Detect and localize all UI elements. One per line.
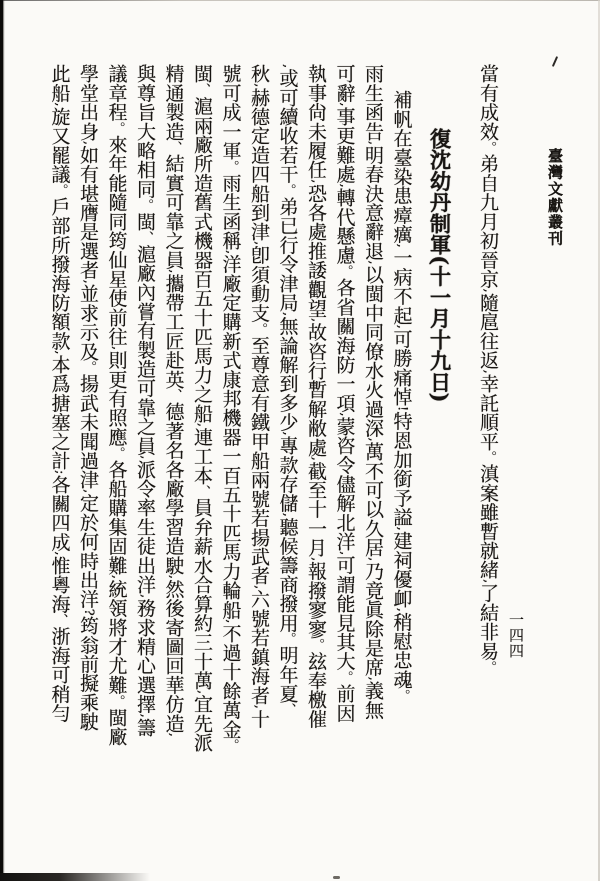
text-column: ,或可續收若干。弟已行令津局,無論解到多少,專款存儲,聽候籌商撥用。明年夏、 bbox=[273, 64, 302, 881]
scan-edge-top bbox=[0, 0, 600, 1]
text-column: 號可成一軍。雨生函稱,洋廠定購新式康邦機器一百五十匹馬力輪船,不過十餘萬金。 bbox=[216, 64, 245, 881]
heading-column: 復沈幼丹制軍(十一月十九日) bbox=[425, 64, 455, 881]
text-column: 學堂出身,如有堪膺是選者,並求示及。揚武未聞過津,定於何時出洋?筠翁前擬乘駛 bbox=[74, 64, 103, 881]
scan-speck bbox=[552, 56, 558, 67]
scan-edge-left bbox=[0, 0, 3, 881]
text-column: 此船,旋又罷議。戶部所撥海防額款,本爲搪塞之計;各關四成,惟粵海、浙海可稍勻 bbox=[45, 64, 74, 881]
text-column: 雨生函告,明春決意辭退,以閩中同僚水火過深,萬不可以久居,乃竟眞除是席,義無 bbox=[359, 64, 388, 881]
series-title: 臺灣文獻叢刊 bbox=[545, 148, 566, 247]
page-number: 一四四 bbox=[506, 612, 527, 659]
text-column: 與尊旨大略相同。閩、滬廠內嘗有製造可靠之員,派令率生徒出洋,務求精心選擇,籌 bbox=[131, 64, 160, 881]
text-column: 精通製造、結實可靠之員,攜帶工匠赴英、德著名各廠學習造駛,然後寄圖回華仿造, bbox=[159, 64, 188, 881]
text-column: 可辭,事更難處,轉代懸慮。各省關海防一項,蒙咨令儘解北洋,可謂能見其大。前因 bbox=[330, 64, 359, 881]
scanned-page: 臺灣文獻叢刊 一四四 當有成效。弟自九月初晉京,隨扈往返,幸託順平。滇案雖暫就緒… bbox=[0, 0, 600, 881]
text-column: 當有成效。弟自九月初晉京,隨扈往返,幸託順平。滇案雖暫就緒,了結非易。 bbox=[474, 64, 503, 881]
text-column: 執事尙未履任,恐各處推諉觀望,故咨行暫解敝處,截至十一月,報撥寥寥。玆奉檄催 bbox=[302, 64, 331, 881]
text-column: 議章程。來年能隨同筠仙星使前往,則更有照應。各船購集固難,統領將才尤難。閩廠 bbox=[102, 64, 131, 881]
letter-body: 當有成效。弟自九月初晉京,隨扈往返,幸託順平。滇案雖暫就緒,了結非易。復沈幼丹制… bbox=[45, 64, 502, 881]
text-column: 秋,赫德定造四船到津,卽須動支。至尊意有鐵甲船兩號若揚武者,六號若鎮海者,十 bbox=[245, 64, 274, 881]
text-column: 閩、滬兩廠所造舊式機器百五十匹馬力之船,連工本、員弁薪水合算約三十萬,宜先派 bbox=[188, 64, 217, 881]
text-column: 補帆在臺染患瘴癘,一病不起,可勝痛悼!特恩加銜予謚,建祠優卹,稍慰忠魂。 bbox=[387, 64, 416, 881]
